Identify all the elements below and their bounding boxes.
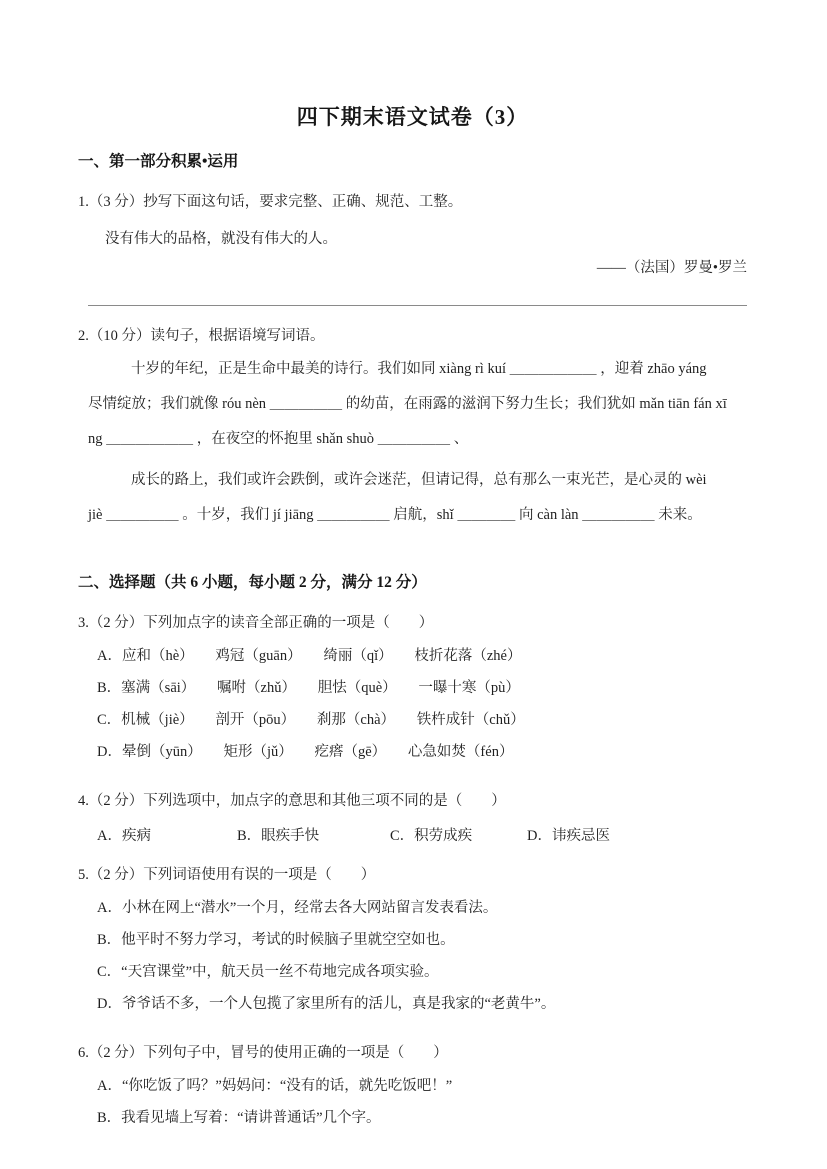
q1-answer-line [88, 305, 747, 306]
q6-options: A．“你吃饭了吗？”妈妈问：“没有的话，就先吃饭吧！” B．我看见墙上写着：“请… [78, 1077, 747, 1127]
q2-p2-line1: 成长的路上，我们或许会跌倒，或许会迷茫，但请记得，总有那么一束光芒，是心灵的 w… [88, 463, 747, 498]
q6-option-b: B．我看见墙上写着：“请讲普通话”几个字。 [97, 1109, 747, 1127]
section-1-heading: 一、第一部分积累•运用 [78, 152, 747, 172]
q5-option-b: B．他平时不努力学习，考试的时候脑子里就空空如也。 [97, 931, 747, 949]
question-5: 5.（2 分）下列词语使用有误的一项是（ ） A．小林在网上“潜水”一个月，经常… [78, 865, 747, 1013]
page-title: 四下期末语文试卷（3） [78, 103, 747, 131]
q4-option-b: B．眼疾手快 [237, 827, 390, 845]
q2-paragraph-1: 十岁的年纪，正是生命中最美的诗行。我们如同 xiàng rì kuí ＿＿＿＿＿… [88, 352, 747, 457]
q3-option-a: A．应和（hè） 鸡冠（guān） 绮丽（qǐ） 枝折花落（zhé） [97, 647, 747, 665]
q4-option-c: C．积劳成疾 [390, 827, 527, 845]
question-4: 4.（2 分）下列选项中，加点字的意思和其他三项不同的是（ ） A．疾病 B．眼… [78, 791, 747, 845]
section-2-heading: 二、选择题（共 6 小题，每小题 2 分，满分 12 分） [78, 573, 747, 593]
question-3: 3.（2 分）下列加点字的读音全部正确的一项是（ ） A．应和（hè） 鸡冠（g… [78, 613, 747, 761]
q2-paragraph-2: 成长的路上，我们或许会跌倒，或许会迷茫，但请记得，总有那么一束光芒，是心灵的 w… [88, 463, 747, 533]
q5-option-d: D．爷爷话不多，一个人包揽了家里所有的活儿，真是我家的“老黄牛”。 [97, 995, 747, 1013]
q3-option-d: D．晕倒（yūn） 矩形（jǔ） 疙瘩（gē） 心急如焚（fén） [97, 743, 747, 761]
q2-p1-line2: 尽情绽放；我们就像 róu nèn ＿＿＿＿＿ 的幼苗，在雨露的滋润下努力生长；… [88, 387, 747, 422]
q1-attribution: ——（法国）罗曼•罗兰 [78, 258, 747, 278]
q2-p2-line2: jiè ＿＿＿＿＿ 。十岁，我们 jí jiāng ＿＿＿＿＿ 启航，shǐ ＿… [88, 498, 747, 533]
q3-option-c: C．机械（jiè） 剖开（pōu） 刹那（chà） 铁杵成针（chǔ） [97, 711, 747, 729]
q5-options: A．小林在网上“潜水”一个月，经常去各大网站留言发表看法。 B．他平时不努力学习… [78, 899, 747, 1013]
q4-options: A．疾病 B．眼疾手快 C．积劳成疾 D．讳疾忌医 [97, 827, 747, 845]
exam-paper-page: 四下期末语文试卷（3） 一、第一部分积累•运用 1.（3 分）抄写下面这句话，要… [0, 0, 827, 1169]
q6-option-a: A．“你吃饭了吗？”妈妈问：“没有的话，就先吃饭吧！” [97, 1077, 747, 1095]
question-2: 2.（10 分）读句子，根据语境写词语。 十岁的年纪，正是生命中最美的诗行。我们… [78, 326, 747, 533]
q3-options: A．应和（hè） 鸡冠（guān） 绮丽（qǐ） 枝折花落（zhé） B．塞满（… [78, 647, 747, 761]
q2-p1-line3: ng ＿＿＿＿＿＿ ，在夜空的怀抱里 shǎn shuò ＿＿＿＿＿ 、 [88, 422, 747, 457]
question-1: 1.（3 分）抄写下面这句话，要求完整、正确、规范、工整。 没有伟大的品格，就没… [78, 192, 747, 306]
q5-option-a: A．小林在网上“潜水”一个月，经常去各大网站留言发表看法。 [97, 899, 747, 917]
q2-stem: 2.（10 分）读句子，根据语境写词语。 [78, 326, 747, 346]
q4-option-a: A．疾病 [97, 827, 237, 845]
q6-stem: 6.（2 分）下列句子中，冒号的使用正确的一项是（ ） [78, 1043, 747, 1063]
q2-p1-line1: 十岁的年纪，正是生命中最美的诗行。我们如同 xiàng rì kuí ＿＿＿＿＿… [88, 352, 747, 387]
q3-stem: 3.（2 分）下列加点字的读音全部正确的一项是（ ） [78, 613, 747, 633]
q1-quote: 没有伟大的品格，就没有伟大的人。 [105, 229, 747, 249]
q4-option-d: D．讳疾忌医 [527, 827, 610, 845]
q5-option-c: C．“天宫课堂”中，航天员一丝不苟地完成各项实验。 [97, 963, 747, 981]
q4-stem: 4.（2 分）下列选项中，加点字的意思和其他三项不同的是（ ） [78, 791, 747, 811]
q1-stem: 1.（3 分）抄写下面这句话，要求完整、正确、规范、工整。 [78, 192, 747, 212]
q5-stem: 5.（2 分）下列词语使用有误的一项是（ ） [78, 865, 747, 885]
question-6: 6.（2 分）下列句子中，冒号的使用正确的一项是（ ） A．“你吃饭了吗？”妈妈… [78, 1043, 747, 1127]
q3-option-b: B．塞满（sāi） 嘱咐（zhǔ） 胆怯（què） 一曝十寒（pù） [97, 679, 747, 697]
